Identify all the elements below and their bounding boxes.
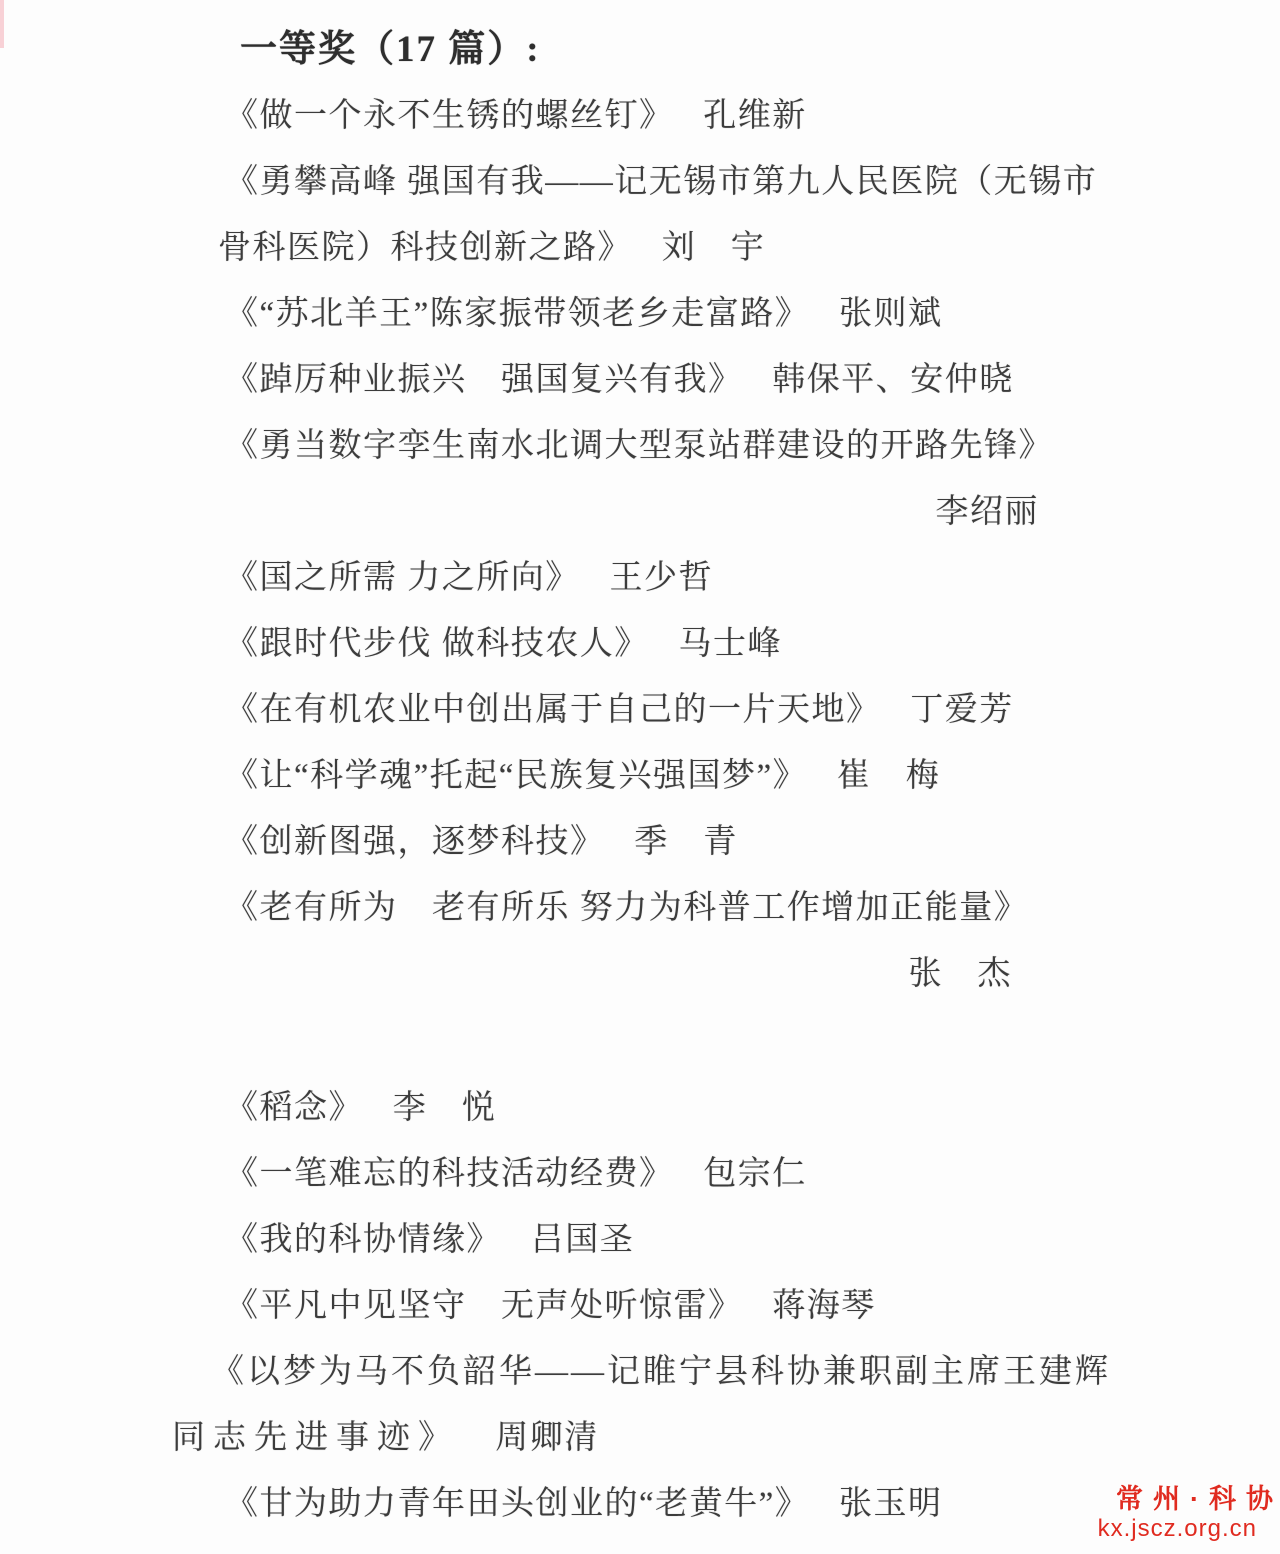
award-entry: 《“苏北羊王”陈家振带领老乡走富路》张则斌 — [225, 281, 1115, 347]
award-entry: 《做一个永不生锈的螺丝钉》孔维新 — [225, 83, 1115, 149]
article-title: 《甘为助力青年田头创业的“老黄牛”》 — [225, 1486, 809, 1522]
article-title: 《“苏北羊王”陈家振带领老乡走富路》 — [225, 296, 809, 332]
award-entry: 《我的科协情缘》吕国圣 — [225, 1207, 1115, 1273]
award-entry: 《以梦为马不负韶华——记睢宁县科协兼职副主席王建辉 — [211, 1339, 1115, 1405]
section-heading: 一等奖（17 篇）: — [240, 17, 1115, 83]
award-entry-continuation: 同志先进事迹》周卿清 — [172, 1405, 1115, 1471]
article-title: 《老有所为 老有所乐 努力为科普工作增加正能量》 — [225, 890, 1028, 926]
article-title: 《跟时代步伐 做科技农人》 — [225, 626, 649, 662]
author-name: 韩保平、安仲晓 — [772, 362, 1014, 398]
article-title: 《勇当数字孪生南水北调大型泵站群建设的开路先锋》 — [225, 428, 1053, 464]
article-title: 《平凡中见坚守 无声处听惊雷》 — [225, 1288, 743, 1324]
watermark-site-url: kx.jscz.org.cn — [1098, 1517, 1257, 1541]
award-entry-author-line: 李绍丽 — [225, 479, 1115, 545]
article-title: 《国之所需 力之所向》 — [225, 560, 580, 596]
article-title: 《勇攀高峰 强国有我——记无锡市第九人民医院（无锡市 — [225, 164, 1097, 200]
author-name: 张 杰 — [909, 956, 1013, 992]
scanned-document-page: 一等奖（17 篇）: 《做一个永不生锈的螺丝钉》孔维新 《勇攀高峰 强国有我——… — [0, 0, 1280, 1554]
award-entry: 《勇攀高峰 强国有我——记无锡市第九人民医院（无锡市 — [225, 149, 1115, 215]
award-list: 一等奖（17 篇）: 《做一个永不生锈的螺丝钉》孔维新 《勇攀高峰 强国有我——… — [225, 17, 1115, 1537]
author-name: 刘 宇 — [662, 230, 766, 266]
award-entry-continuation: 骨科医院）科技创新之路》刘 宇 — [218, 215, 1115, 281]
award-entry: 《勇当数字孪生南水北调大型泵站群建设的开路先锋》 — [225, 413, 1115, 479]
author-name: 孔维新 — [703, 98, 807, 134]
award-entry: 《踔厉种业振兴 强国复兴有我》韩保平、安仲晓 — [225, 347, 1115, 413]
article-title: 《踔厉种业振兴 强国复兴有我》 — [225, 362, 743, 398]
author-name: 张则斌 — [839, 296, 943, 332]
article-title: 《做一个永不生锈的螺丝钉》 — [225, 98, 674, 134]
author-name: 周卿清 — [495, 1420, 599, 1456]
scan-edge-artifact — [0, 0, 4, 48]
author-name: 吕国圣 — [531, 1222, 635, 1258]
article-title: 《一笔难忘的科技活动经费》 — [225, 1156, 674, 1192]
award-entry-author-line: 张 杰 — [225, 941, 1115, 1007]
award-entry: 《平凡中见坚守 无声处听惊雷》蒋海琴 — [225, 1273, 1115, 1339]
author-name: 张玉明 — [839, 1486, 943, 1522]
award-entry: 《在有机农业中创出属于自己的一片天地》丁爱芳 — [225, 677, 1115, 743]
article-title: 《让“科学魂”托起“民族复兴强国梦”》 — [225, 758, 807, 794]
author-name: 王少哲 — [609, 560, 713, 596]
author-name: 蒋海琴 — [772, 1288, 876, 1324]
article-title: 同志先进事迹》 — [172, 1420, 459, 1456]
article-title: 《以梦为马不负韶华——记睢宁县科协兼职副主席王建辉 — [211, 1354, 1111, 1390]
article-title: 《在有机农业中创出属于自己的一片天地》 — [225, 692, 881, 728]
article-title: 《稻念》 — [225, 1090, 363, 1126]
author-name: 包宗仁 — [703, 1156, 807, 1192]
award-entry: 《跟时代步伐 做科技农人》马士峰 — [225, 611, 1115, 677]
author-name: 丁爱芳 — [910, 692, 1014, 728]
author-name: 崔 梅 — [837, 758, 941, 794]
award-entry: 《创新图强，逐梦科技》季 青 — [225, 809, 1115, 875]
award-entry: 《甘为助力青年田头创业的“老黄牛”》张玉明 — [225, 1471, 1115, 1537]
award-entry: 《稻念》李 悦 — [225, 1075, 1115, 1141]
author-name: 李绍丽 — [936, 494, 1040, 530]
article-title: 《我的科协情缘》 — [225, 1222, 501, 1258]
author-name: 季 青 — [634, 824, 738, 860]
watermark-site-name: 常州·科协 — [1098, 1486, 1280, 1513]
article-title: 骨科医院）科技创新之路》 — [218, 230, 632, 266]
author-name: 李 悦 — [393, 1090, 497, 1126]
award-entry: 《让“科学魂”托起“民族复兴强国梦”》崔 梅 — [225, 743, 1115, 809]
article-title: 《创新图强，逐梦科技》 — [225, 824, 605, 860]
award-entry: 《老有所为 老有所乐 努力为科普工作增加正能量》 — [225, 875, 1115, 941]
award-entry: 《一笔难忘的科技活动经费》包宗仁 — [225, 1141, 1115, 1207]
award-entry: 《国之所需 力之所向》王少哲 — [225, 545, 1115, 611]
author-name: 马士峰 — [678, 626, 782, 662]
site-watermark: 常州·科协 kx.jscz.org.cn — [1098, 1486, 1273, 1541]
